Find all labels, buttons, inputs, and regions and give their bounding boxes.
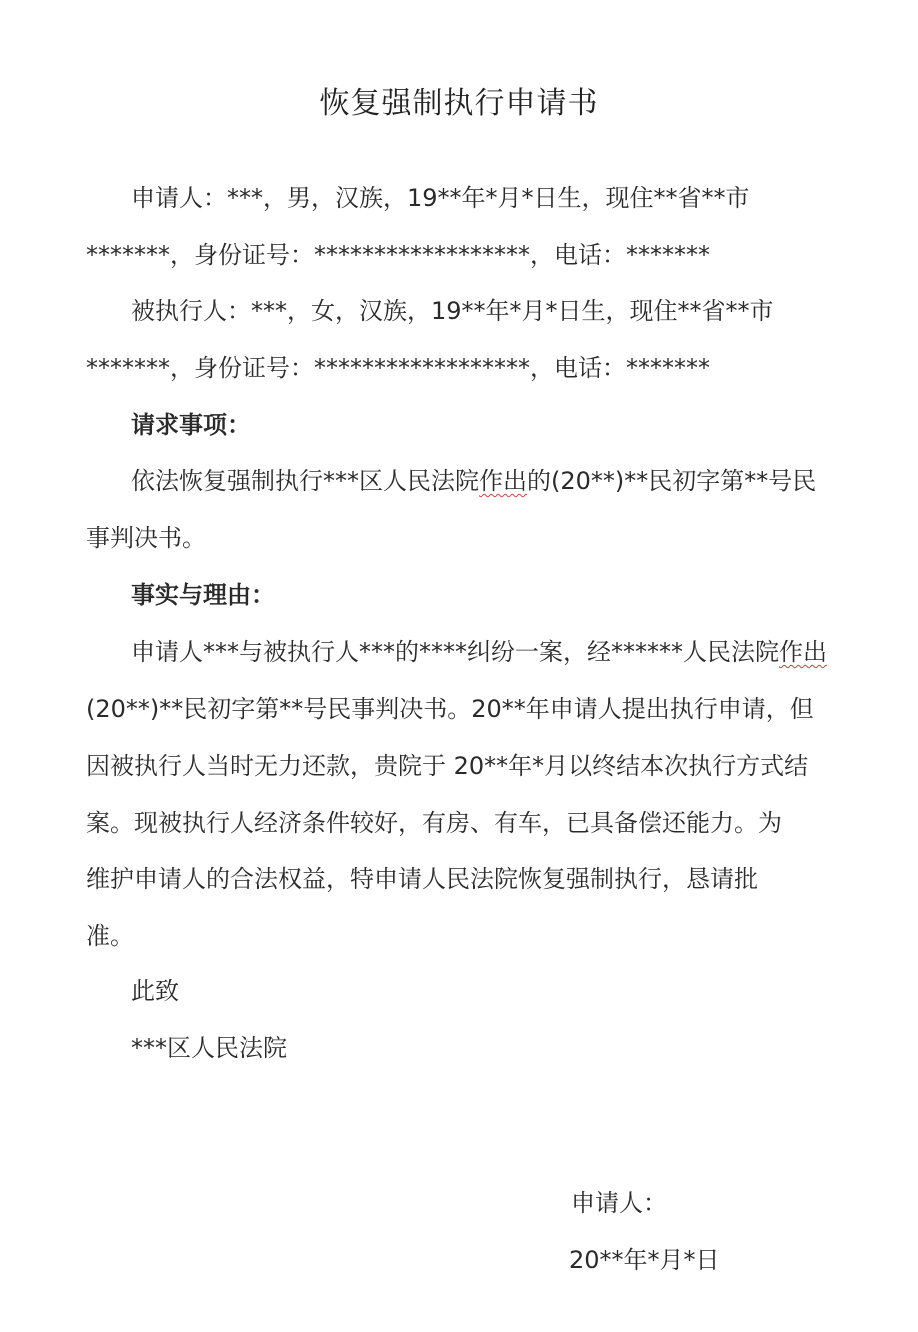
request-line-1: 依法恢复强制执行***区人民法院作出的(20**)**民初字第**号民 bbox=[131, 466, 816, 496]
respondent-line-2: *******，身份证号：******************，电话：*****… bbox=[86, 353, 710, 383]
facts-line-5: 维护申请人的合法权益，特申请人民法院恢复强制执行，恳请批 bbox=[86, 864, 758, 894]
document-page: 恢复强制执行申请书 申请人：***，男，汉族，19**年*月*日生，现住**省*… bbox=[0, 0, 918, 1332]
request-heading: 请求事项： bbox=[131, 410, 251, 440]
facts-heading: 事实与理由： bbox=[131, 580, 275, 610]
closing-salutation: 此致 bbox=[131, 976, 179, 1006]
spellcheck-flagged-word: 作出 bbox=[479, 467, 527, 495]
facts-line-2: (20**)**民初字第**号民事判决书。20**年申请人提出执行申请，但 bbox=[86, 694, 814, 724]
facts-line-1-pre: 申请人***与被执行人***的****纠纷一案，经******人民法院 bbox=[131, 638, 779, 666]
request-line-1-pre: 依法恢复强制执行***区人民法院 bbox=[131, 467, 479, 495]
signature-date: 20**年*月*日 bbox=[569, 1245, 720, 1275]
applicant-line-1: 申请人：***，男，汉族，19**年*月*日生，现住**省**市 bbox=[131, 183, 750, 213]
facts-line-4: 案。现被执行人经济条件较好，有房、有车，已具备偿还能力。为 bbox=[86, 808, 782, 838]
spellcheck-flagged-word: 作出 bbox=[779, 638, 827, 666]
respondent-line-1: 被执行人：***，女，汉族，19**年*月*日生，现住**省**市 bbox=[131, 296, 774, 326]
request-line-1-post: 的(20**)**民初字第**号民 bbox=[527, 467, 816, 495]
facts-line-1: 申请人***与被执行人***的****纠纷一案，经******人民法院作出 bbox=[131, 637, 827, 667]
request-line-2: 事判决书。 bbox=[86, 523, 206, 553]
facts-line-6: 准。 bbox=[86, 921, 134, 951]
facts-line-3: 因被执行人当时无力还款，贵院于 20**年*月以终结本次执行方式结 bbox=[86, 751, 808, 781]
closing-court: ***区人民法院 bbox=[131, 1033, 287, 1063]
signature-label: 申请人： bbox=[571, 1188, 667, 1218]
applicant-line-2: *******，身份证号：******************，电话：*****… bbox=[86, 240, 710, 270]
document-title: 恢复强制执行申请书 bbox=[0, 78, 918, 122]
